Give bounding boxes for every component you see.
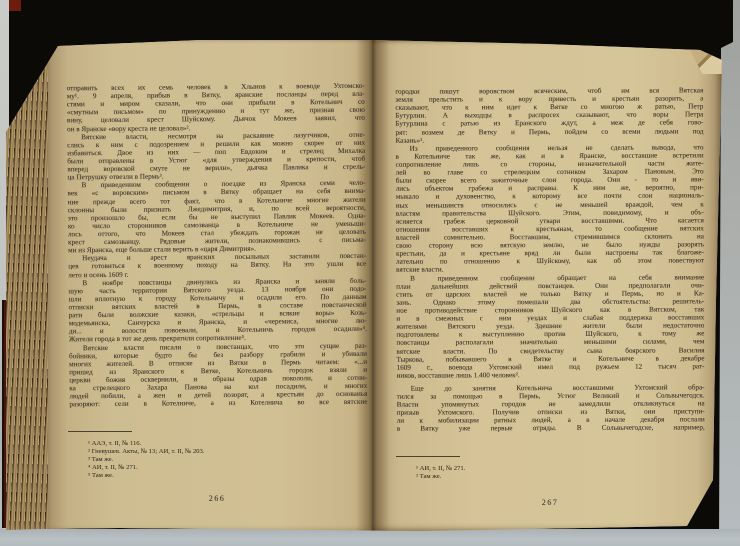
footnote: ² Гневушев. Акты, № 13; АИ, т. II, № 203… xyxy=(68,448,366,456)
paragraph: В ноябре повстанцы двинулись из Яранска … xyxy=(68,276,367,343)
paragraph: отправить всех их семь человек в Хлынов … xyxy=(67,82,365,133)
paragraph: В приведенном сообщении обращает на себя… xyxy=(396,273,704,380)
paragraph: городки пишут воровством всяческим, чтоб… xyxy=(395,86,703,144)
footnote: ¹ АИ, т. II, № 271. xyxy=(396,465,704,473)
footnote: ³ Там же. xyxy=(68,456,366,464)
book-cover-corner xyxy=(9,0,21,11)
text-line: в Вятку уже первые отряды. В Сольвычегод… xyxy=(397,424,705,433)
footnote-separator-right xyxy=(396,456,460,457)
left-page-number: 266 xyxy=(68,494,366,503)
paragraph: Вятские власти, несмотря на раскаяние ла… xyxy=(67,130,365,181)
text-line: рят: возмем де Вятку и Пермь, пойдем со … xyxy=(395,127,703,136)
paragraph: В приведенном сообщении о поездке из Яра… xyxy=(67,179,366,255)
paragraph: Еще до занятия Котельнича восставшими Ух… xyxy=(397,383,705,433)
footnote: ¹ ААЭ, т. II, № 116. xyxy=(68,440,366,448)
right-page-footnotes: ¹ АИ, т. II, № 271.² Там же. xyxy=(396,465,704,481)
text-line: ников, восставшие лишь 1.400 человек². xyxy=(396,370,704,379)
right-page-text: городки пишут воровством всяческим, чтоб… xyxy=(395,86,705,433)
left-page-footnotes: ¹ ААЭ, т. II, № 116.² Гневушев. Акты, № … xyxy=(68,440,366,480)
paragraph: Вятские власти писали о повстанцах, что … xyxy=(69,341,368,408)
photo-background: отправить всех их семь человек в Хлынов … xyxy=(0,0,740,546)
left-page-text: отправить всех их семь человек в Хлынов … xyxy=(67,82,368,409)
scan-surface-bottom xyxy=(0,529,740,546)
paragraph: Неудача и арест яранских посыльных заста… xyxy=(68,252,366,279)
footnote-separator-left xyxy=(68,431,132,432)
footnote: ⁴ АИ, т. II, № 271. xyxy=(68,464,366,472)
paragraph: Из приведенного сообщения нельзя не сдел… xyxy=(395,143,704,274)
book-spread: отправить всех их семь человек в Хлынов … xyxy=(0,0,740,546)
right-page-number: 267 xyxy=(396,498,704,507)
text-line: 1609 г., воевода Ухтомский имел под ружь… xyxy=(396,362,704,371)
footnote: ⁵ Там же. xyxy=(68,472,366,480)
footnote: ² Там же. xyxy=(396,473,704,481)
